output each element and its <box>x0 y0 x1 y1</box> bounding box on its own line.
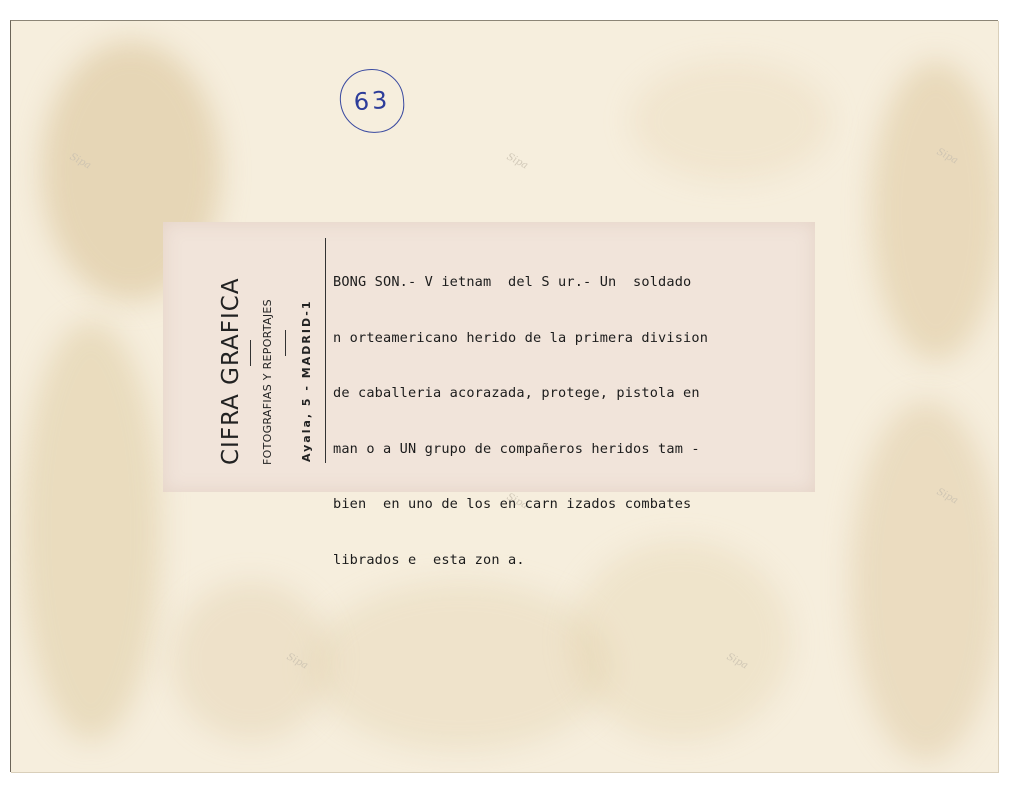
stain <box>311 581 611 751</box>
caption-line: de caballeria acorazada, protege, pistol… <box>333 384 823 403</box>
stain <box>631 61 831 181</box>
caption-line: librados e esta zon a. <box>333 551 823 570</box>
stamp-divider <box>285 330 286 356</box>
caption-line: man o a UN grupo de compañeros heridos t… <box>333 440 823 459</box>
caption-line: bien en uno de los en carn izados combat… <box>333 495 823 514</box>
handwritten-number-text: 63 <box>353 86 391 116</box>
typed-caption: BONG SON.- V ietnam del S ur.- Un soldad… <box>333 236 823 588</box>
caption-line: n orteamericano herido de la primera div… <box>333 329 823 348</box>
stamp-divider <box>250 340 251 366</box>
agency-tagline: FOTOGRAFIAS Y REPORTAJES <box>261 299 274 465</box>
agency-name: CIFRA GRAFICA <box>218 277 244 465</box>
agency-address: Ayala, 5 - MADRID-1 <box>300 299 313 462</box>
stain <box>851 401 998 761</box>
caption-line: BONG SON.- V ietnam del S ur.- Un soldad… <box>333 273 823 292</box>
agency-stamp: CIFRA GRAFICA FOTOGRAFIAS Y REPORTAJES A… <box>170 250 330 465</box>
stamp-rule <box>325 238 326 463</box>
stain <box>21 321 161 741</box>
faint-stamp: Sipa <box>505 151 530 171</box>
stain <box>871 61 998 361</box>
